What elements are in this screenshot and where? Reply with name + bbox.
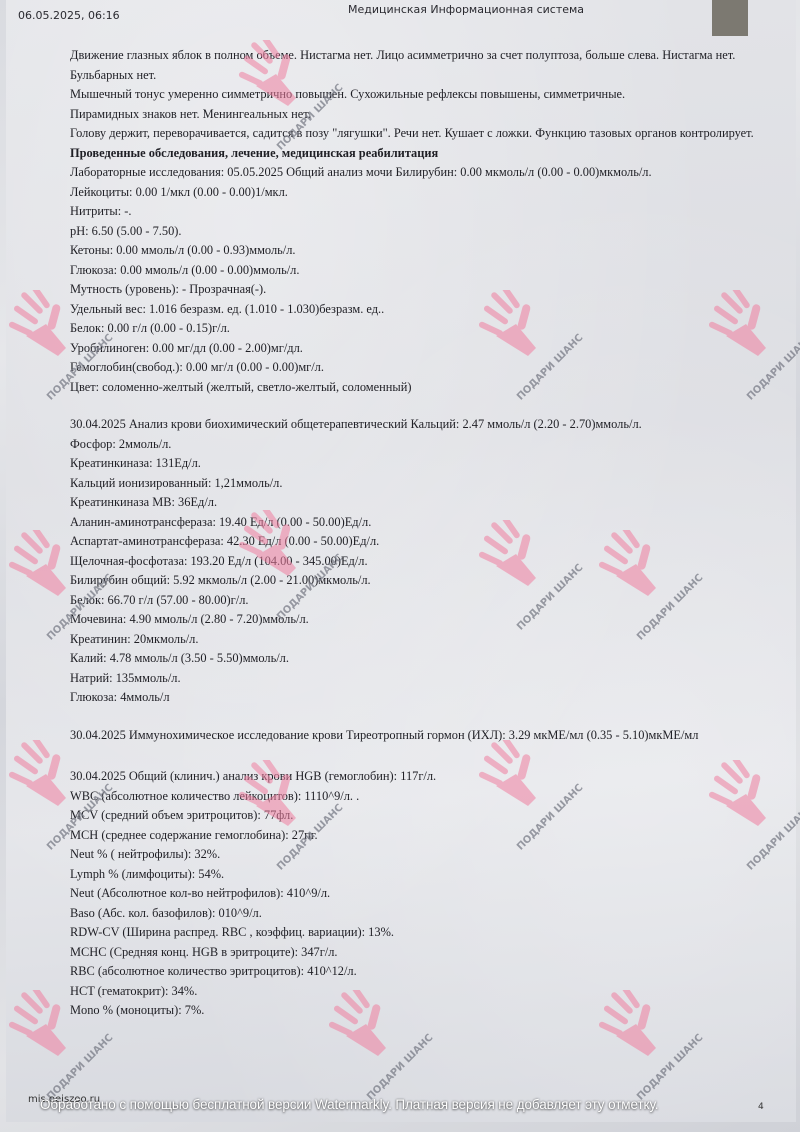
biochem-intro: 30.04.2025 Анализ крови биохимический об… — [70, 415, 770, 435]
result-line: RDW-CV (Ширина распред. RBC , коэффиц. в… — [70, 923, 770, 943]
page-number: 4 — [758, 1102, 764, 1112]
result-line: Калий: 4.78 ммоль/л (3.50 - 5.50)ммоль/л… — [70, 649, 770, 669]
result-line: Нитриты: -. — [70, 202, 770, 222]
cbc-intro: 30.04.2025 Общий (клинич.) анализ крови … — [70, 767, 770, 787]
result-line: Щелочная-фосфотаза: 193.20 Ед/л (104.00 … — [70, 552, 770, 572]
result-line: Neut % ( нейтрофилы): 32%. — [70, 845, 770, 865]
watermark-brand-text: ПОДАРИ ШАНС — [365, 1032, 435, 1102]
exam-line: Движение глазных яблок в полном объеме. … — [70, 46, 770, 85]
result-line: Креатинкиназа: 131Ед/л. — [70, 454, 770, 474]
result-line: Натрий: 135ммоль/л. — [70, 669, 770, 689]
result-line: Аланин-аминотрансфераза: 19.40 Ед/л (0.0… — [70, 513, 770, 533]
result-line: Мочевина: 4.90 ммоль/л (2.80 - 7.20)ммол… — [70, 610, 770, 630]
immuno-analysis: 30.04.2025 Иммунохимическое исследование… — [70, 726, 770, 746]
result-line: Удельный вес: 1.016 безразм. ед. (1.010 … — [70, 300, 770, 320]
result-line: Креатинкиназа MB: 36Ед/л. — [70, 493, 770, 513]
document-page: 06.05.2025, 06:16 Медицинская Информацио… — [6, 0, 796, 1122]
biochem-analysis: 30.04.2025 Анализ крови биохимический об… — [70, 415, 770, 708]
cbc-analysis: 30.04.2025 Общий (клинич.) анализ крови … — [70, 767, 770, 1021]
result-line: Глюкоза: 0.00 ммоль/л (0.00 - 0.00)ммоль… — [70, 261, 770, 281]
result-line: HCT (гематокрит): 34%. — [70, 982, 770, 1002]
hand-logo-icon — [6, 990, 76, 1060]
watermark-brand-text: ПОДАРИ ШАНС — [635, 1032, 705, 1102]
section-heading: Проведенные обследования, лечение, медиц… — [70, 144, 770, 164]
watermarkly-note: Обработано с помощью бесплатной версии W… — [40, 1097, 658, 1112]
result-line: Mono % (моноциты): 7%. — [70, 1001, 770, 1021]
watermark-brand-text: ПОДАРИ ШАНС — [45, 1032, 115, 1102]
biochem-results: Фосфор: 2ммоль/л.Креатинкиназа: 131Ед/л.… — [70, 435, 770, 708]
hand-logo-icon — [6, 740, 76, 810]
result-line: Гемоглобин(свобод.): 0.00 мг/л (0.00 - 0… — [70, 358, 770, 378]
result-line: Лейкоциты: 0.00 1/мкл (0.00 - 0.00)1/мкл… — [70, 183, 770, 203]
result-line: Креатинин: 20мкмоль/л. — [70, 630, 770, 650]
document-body: Движение глазных яблок в полном объеме. … — [70, 46, 770, 1021]
result-line: Мутность (уровень): - Прозрачная(-). — [70, 280, 770, 300]
urine-intro: Лабораторные исследования: 05.05.2025 Об… — [70, 163, 770, 183]
result-line: MCH (среднее содержание гемоглобина): 27… — [70, 826, 770, 846]
result-line: Глюкоза: 4ммоль/л — [70, 688, 770, 708]
result-line: Baso (Абс. кол. базофилов): 010^9/л. — [70, 904, 770, 924]
result-line: Аспартат-аминотрансфераза: 42.30 Ед/л (0… — [70, 532, 770, 552]
result-line: MCHC (Средняя конц. HGB в эритроците): 3… — [70, 943, 770, 963]
immuno-intro: 30.04.2025 Иммунохимическое исследование… — [70, 726, 770, 746]
result-line: MCV (средний объем эритроцитов): 77фл. — [70, 806, 770, 826]
print-datetime: 06.05.2025, 06:16 — [18, 9, 120, 22]
system-title: Медицинская Информационная система — [348, 3, 584, 16]
result-line: Кетоны: 0.00 ммоль/л (0.00 - 0.93)ммоль/… — [70, 241, 770, 261]
result-line: Цвет: соломенно-желтый (желтый, светло-ж… — [70, 378, 770, 398]
urine-analysis: Лабораторные исследования: 05.05.2025 Об… — [70, 163, 770, 397]
result-line: Фосфор: 2ммоль/л. — [70, 435, 770, 455]
result-line: Lymph % (лимфоциты): 54%. — [70, 865, 770, 885]
exam-line: Голову держит, переворачивается, садится… — [70, 124, 770, 144]
hand-logo-icon — [6, 290, 76, 360]
result-line: RBC (абсолютное количество эритроцитов):… — [70, 962, 770, 982]
result-line: WBC (абсолютное количество лейкоцитов): … — [70, 787, 770, 807]
result-line: Белок: 66.70 г/л (57.00 - 80.00)г/л. — [70, 591, 770, 611]
exam-line: Мышечный тонус умеренно симметрично повы… — [70, 85, 770, 105]
result-line: Neut (Абсолютное кол-во нейтрофилов): 41… — [70, 884, 770, 904]
cbc-results: WBC (абсолютное количество лейкоцитов): … — [70, 787, 770, 1021]
hand-logo-icon — [6, 530, 76, 600]
result-line: Уробилиноген: 0.00 мг/дл (0.00 - 2.00)мг… — [70, 339, 770, 359]
result-line: pH: 6.50 (5.00 - 7.50). — [70, 222, 770, 242]
page-corner-shadow — [712, 0, 748, 36]
result-line: Билирубин общий: 5.92 мкмоль/л (2.00 - 2… — [70, 571, 770, 591]
result-line: Кальций ионизированный: 1,21ммоль/л. — [70, 474, 770, 494]
urine-results: Лейкоциты: 0.00 1/мкл (0.00 - 0.00)1/мкл… — [70, 183, 770, 398]
neuro-exam-section: Движение глазных яблок в полном объеме. … — [70, 46, 770, 144]
exam-line: Пирамидных знаков нет. Менингеальных нет… — [70, 105, 770, 125]
result-line: Белок: 0.00 г/л (0.00 - 0.15)г/л. — [70, 319, 770, 339]
